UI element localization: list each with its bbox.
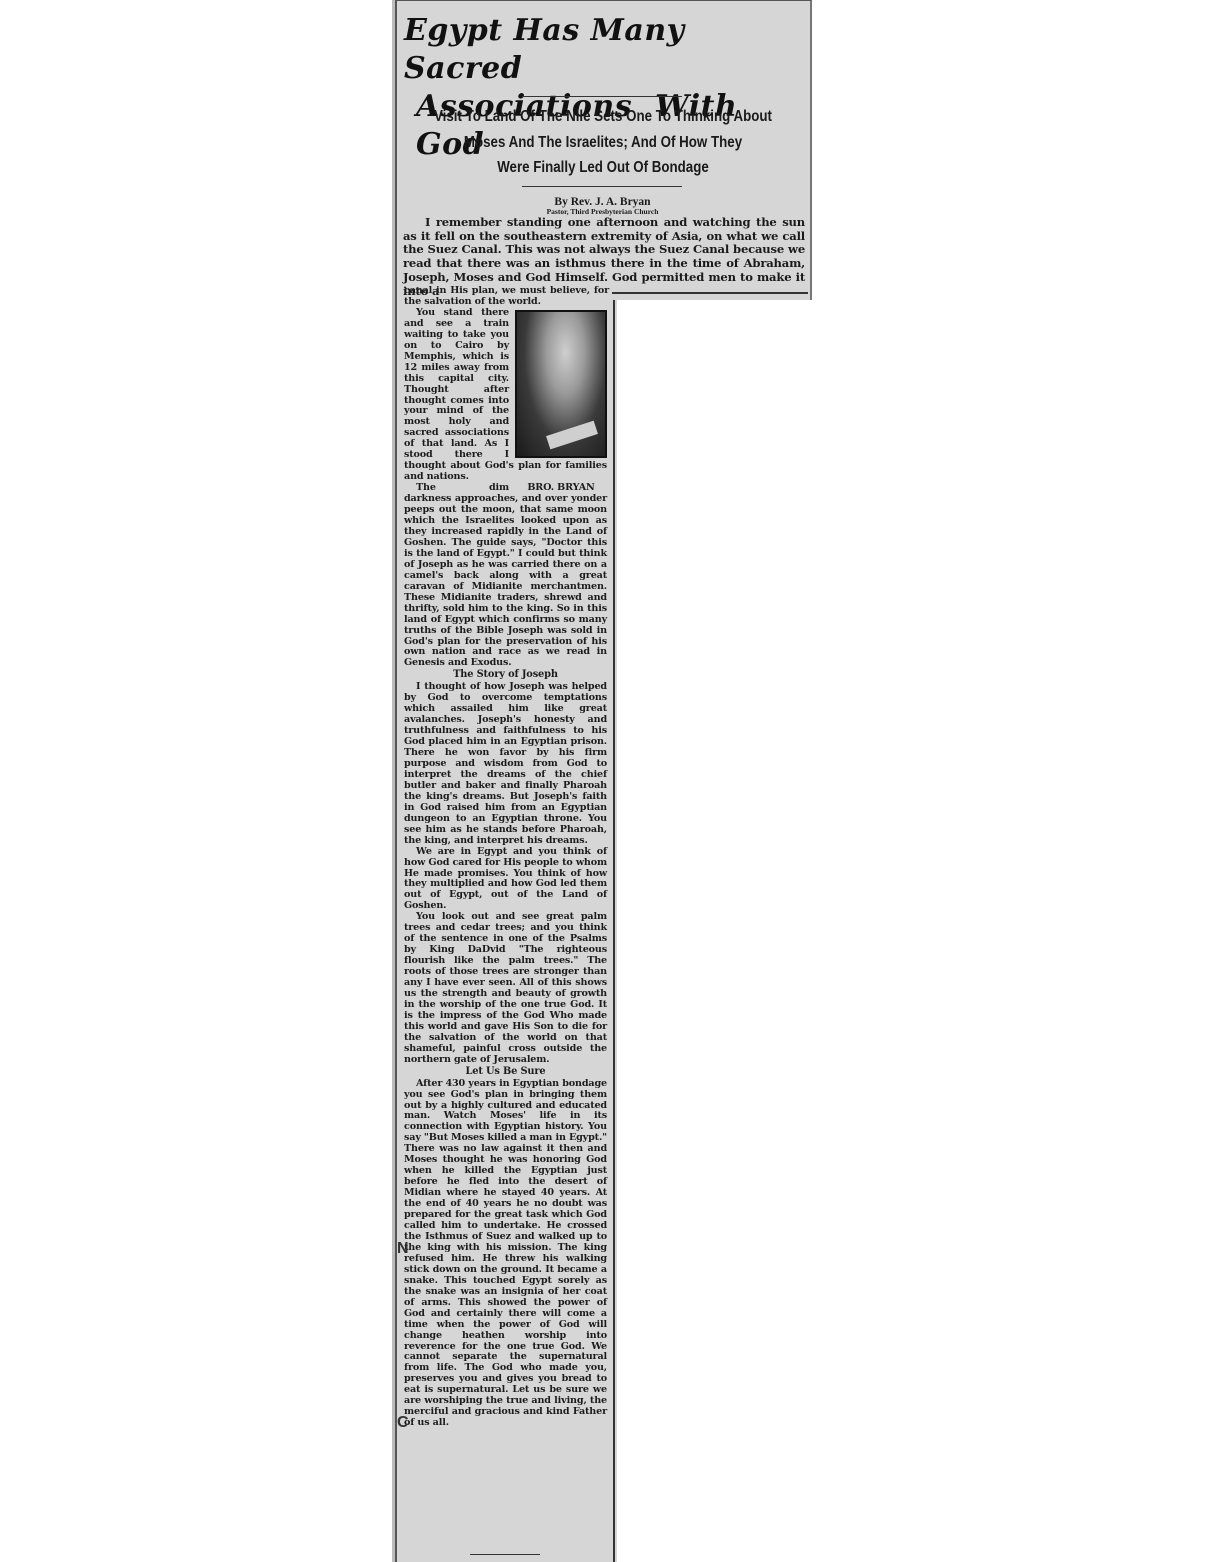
article-body: canal in His plan, we must believe, for … — [404, 286, 607, 1429]
section-heading-let-us-be-sure: Let Us Be Sure — [404, 1067, 607, 1078]
wide-to-narrow-rule — [612, 292, 808, 294]
column-rule — [613, 300, 615, 1562]
body-paragraph-2: The dim darkness approaches, and over yo… — [404, 483, 607, 669]
headline-divider — [522, 96, 682, 97]
author-portrait-photo — [515, 310, 607, 458]
body-paragraph-3: I thought of how Joseph was helped by Go… — [404, 682, 607, 846]
subhead-line-2: Moses And The Israelites; And Of How The… — [428, 130, 779, 156]
body-paragraph-4: We are in Egypt and you think of how God… — [404, 847, 607, 913]
adjacent-column-fragment-2: C — [397, 1418, 409, 1428]
subhead-divider — [522, 186, 682, 187]
subhead-line-1: Visit To Land Of The Nile Sets One To Th… — [428, 104, 779, 130]
adjacent-column-fragment-1: N — [397, 1244, 409, 1254]
body-paragraph-0: canal in His plan, we must believe, for … — [404, 286, 609, 308]
subheadline: Visit To Land Of The Nile Sets One To Th… — [428, 104, 779, 181]
article-end-rule — [470, 1554, 540, 1555]
body-paragraph-6: After 430 years in Egyptian bondage you … — [404, 1079, 607, 1430]
section-heading-story-of-joseph: The Story of Joseph — [404, 670, 607, 681]
photo-collar-detail — [546, 421, 598, 450]
subhead-line-3: Were Finally Led Out Of Bondage — [428, 155, 779, 181]
headline-line-1: Egypt Has Many Sacred — [400, 12, 805, 88]
body-paragraph-5: You look out and see great palm trees an… — [404, 912, 607, 1065]
